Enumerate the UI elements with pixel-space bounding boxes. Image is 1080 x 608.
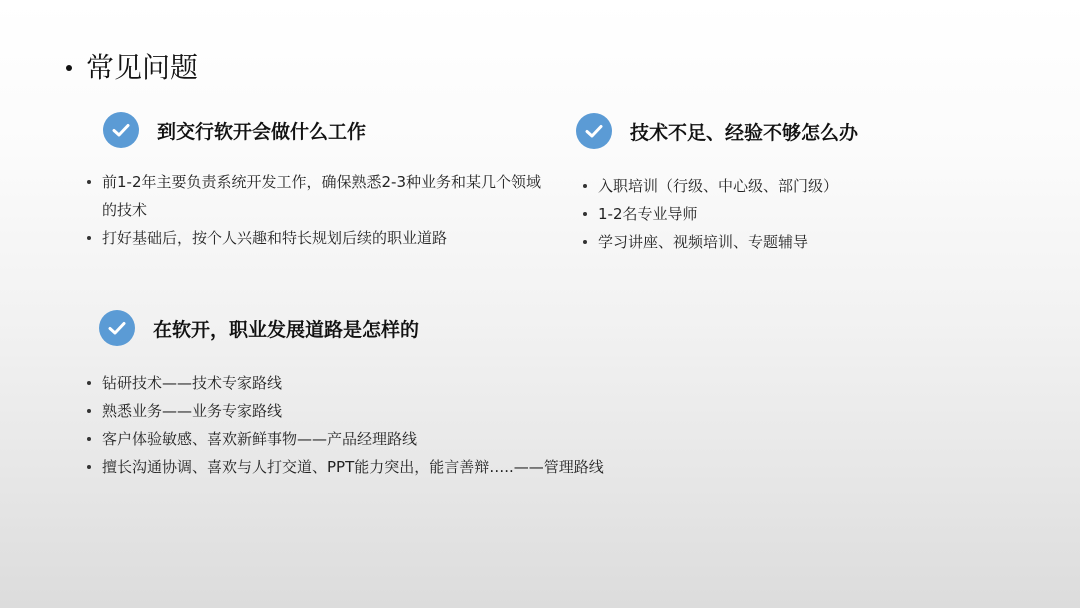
list-item: 入职培训（行级、中心级、部门级） bbox=[580, 172, 980, 200]
section-heading-text: 到交行软开会做什么工作 bbox=[157, 117, 366, 144]
section-heading-text: 技术不足、经验不够怎么办 bbox=[630, 118, 858, 145]
list-item: 钻研技术——技术专家路线 bbox=[84, 369, 784, 397]
section-heading-training: 技术不足、经验不够怎么办 bbox=[576, 113, 858, 149]
section-list-work: 前1-2年主要负责系统开发工作，确保熟悉2-3种业务和某几个领域的技术 打好基础… bbox=[84, 168, 554, 252]
section-heading-work: 到交行软开会做什么工作 bbox=[103, 112, 366, 148]
page-title: 常见问题 bbox=[66, 50, 198, 86]
check-circle-icon bbox=[576, 113, 612, 149]
list-item: 打好基础后，按个人兴趣和特长规划后续的职业道路 bbox=[84, 224, 554, 252]
list-item: 熟悉业务——业务专家路线 bbox=[84, 397, 784, 425]
check-circle-icon bbox=[103, 112, 139, 148]
list-item: 前1-2年主要负责系统开发工作，确保熟悉2-3种业务和某几个领域的技术 bbox=[84, 168, 554, 224]
section-list-training: 入职培训（行级、中心级、部门级） 1-2名专业导师 学习讲座、视频培训、专题辅导 bbox=[580, 172, 980, 256]
section-list-career: 钻研技术——技术专家路线 熟悉业务——业务专家路线 客户体验敏感、喜欢新鲜事物—… bbox=[84, 369, 784, 481]
check-circle-icon bbox=[99, 310, 135, 346]
list-item: 客户体验敏感、喜欢新鲜事物——产品经理路线 bbox=[84, 425, 784, 453]
section-heading-career: 在软开，职业发展道路是怎样的 bbox=[99, 310, 419, 346]
page-title-text: 常见问题 bbox=[86, 50, 198, 86]
list-item: 学习讲座、视频培训、专题辅导 bbox=[580, 228, 980, 256]
section-heading-text: 在软开，职业发展道路是怎样的 bbox=[153, 315, 419, 342]
list-item: 擅长沟通协调、喜欢与人打交道、PPT能力突出，能言善辩…..——管理路线 bbox=[84, 453, 784, 481]
bullet-icon bbox=[66, 65, 72, 71]
list-item: 1-2名专业导师 bbox=[580, 200, 980, 228]
